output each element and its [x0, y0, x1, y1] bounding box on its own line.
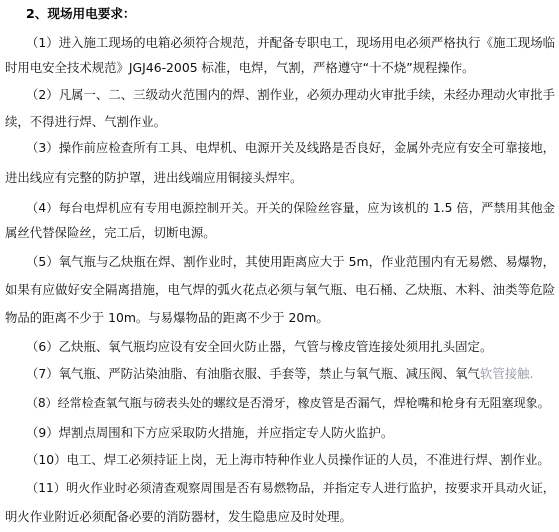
paragraph-8-line-1: （8）经常检查氧气瓶与磅表头处的螺纹是否滑牙，橡皮管是否漏气，焊枪嘴和枪身有无阻…	[26, 395, 555, 411]
paragraph-6-line-1: （6）乙炔瓶、氧气瓶均应设有安全回火防止器，气管与橡皮管连接处须用扎头固定。	[26, 339, 555, 355]
paragraph-9-line-1: （9）焊割点周围和下方应采取防火措施，并应指定专人防火监护。	[26, 425, 555, 441]
paragraph-5-line-3: 物品的距离不少于 10m。与易爆物品的距离不少于 20m。	[5, 310, 555, 326]
paragraph-2-line-2: 续，不得进行焊、气割作业。	[5, 114, 555, 130]
paragraph-11-line-1: （11）明火作业时必须清查观察周围是否有易燃物品，并指定专人进行监护，按要求开具…	[26, 480, 555, 496]
watermark-text: 软管接触.	[480, 366, 534, 381]
paragraph-11-line-2: 明火作业附近必须配备必要的消防器材，发生隐患应及时处理。	[5, 509, 555, 525]
paragraph-5-line-2: 如果有应做好安全隔离措施，电气焊的弧火花点必须与氧气瓶、电石桶、乙炔瓶、木料、油…	[5, 282, 555, 298]
paragraph-10-line-1: （10）电工、焊工必须持证上岗，无上海市特种作业人员操作证的人员，不准进行焊、割…	[26, 452, 555, 468]
paragraph-1-line-1: （1）进入施工现场的电箱必须符合规范，并配备专职电工，现场用电必须严格执行《施工…	[26, 35, 555, 51]
paragraph-4-line-1: （4）每台电焊机应有专用电源控制开关。开关的保险丝容量，应为该机的 1.5 倍，…	[26, 200, 555, 216]
section-heading: 2、现场用电要求：	[26, 6, 136, 22]
paragraph-7-text: （7）氧气瓶、严防沾染油脂、有油脂衣服、手套等，禁止与氧气瓶、减压阀、氧气	[26, 366, 480, 381]
paragraph-4-line-2: 属丝代替保险丝，完工后，切断电源。	[5, 225, 555, 241]
paragraph-1-line-2: 时用电安全技术规范》JGJ46-2005 标准，电焊，气割，严格遵守“十不烧”规…	[5, 60, 555, 76]
paragraph-3-line-2: 进出线应有完整的防护罩，进出线端应用铜接头焊牢。	[5, 170, 555, 186]
paragraph-2-line-1: （2）凡属一、二、三级动火范围内的焊、割作业，必须办理动火审批手续，未经办理动火…	[26, 87, 555, 103]
paragraph-5-line-1: （5）氧气瓶与乙炔瓶在焊、割作业时，其使用距离应大于 5m，作业范围内有无易燃、…	[26, 254, 555, 270]
paragraph-7-line-1: （7）氧气瓶、严防沾染油脂、有油脂衣服、手套等，禁止与氧气瓶、减压阀、氧气软管接…	[26, 366, 555, 382]
paragraph-3-line-1: （3）操作前应检查所有工具、电焊机、电源开关及线路是否良好，金属外壳应有安全可靠…	[26, 140, 555, 156]
